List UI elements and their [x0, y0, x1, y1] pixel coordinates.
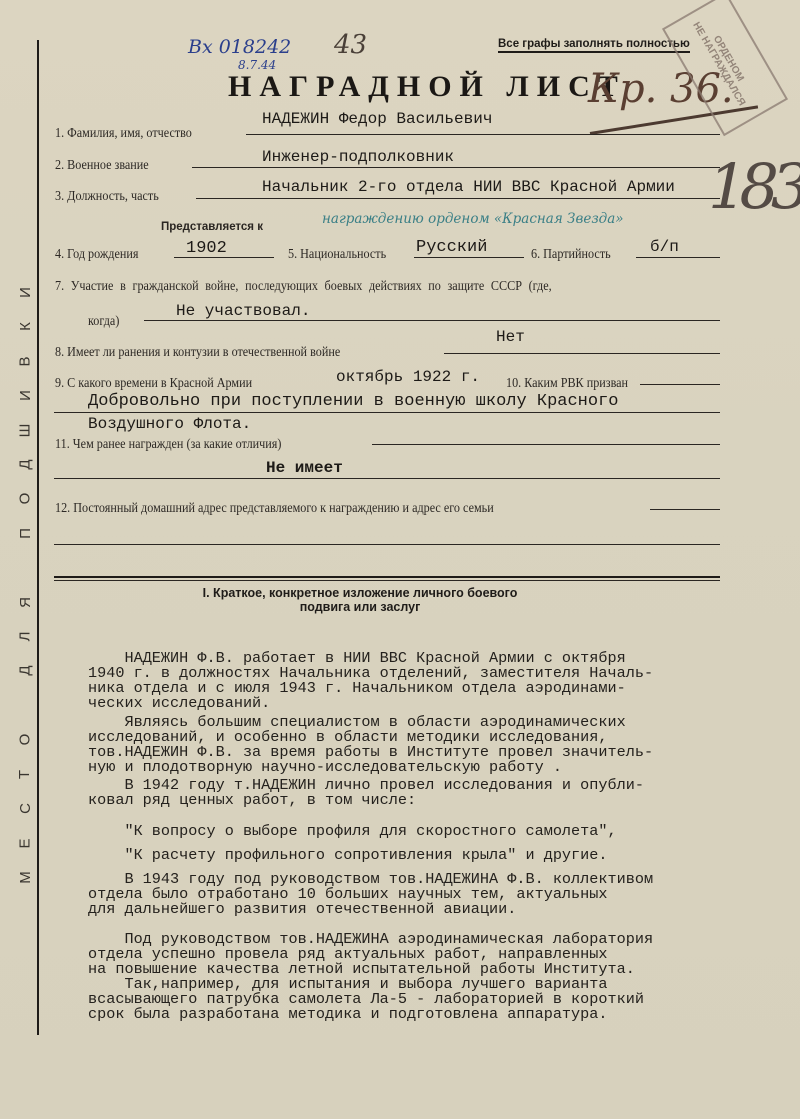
- field-6-line: [636, 257, 720, 258]
- section-divider-top: [54, 576, 720, 578]
- merit-paragraph-3: В 1942 году т.НАДЕЖИН лично провел иссле…: [88, 778, 644, 808]
- field-1-line: [246, 134, 720, 135]
- merit-paragraph-2: Являясь большим специалистом в области а…: [88, 715, 653, 775]
- field-7-line: [144, 320, 720, 321]
- field-10-line: [640, 384, 720, 385]
- merit-publication-1: "К вопросу о выборе профиля для скоростн…: [88, 824, 617, 839]
- section-divider-bottom: [54, 580, 720, 581]
- nominated-for-label: Представляется к: [161, 221, 263, 233]
- registry-number-handwritten: Вх 018242: [188, 36, 291, 58]
- field-12-line: [650, 509, 720, 510]
- field-7-label-continued: когда): [88, 313, 119, 329]
- field-7-value: Не участвовал.: [176, 302, 310, 320]
- big-number-handwritten: 183: [708, 150, 800, 223]
- merit-paragraph-4: В 1943 году под руководством тов.НАДЕЖИН…: [88, 872, 653, 917]
- signature-margin-label: МЕСТО ДЛЯ ПОДШИВКИ: [12, 285, 38, 885]
- field-10-label: 10. Каким РВК призван: [506, 375, 628, 391]
- field-2-label: 2. Военное звание: [55, 157, 149, 173]
- field-5-label: 5. Национальность: [288, 246, 386, 262]
- field-2-line: [192, 167, 720, 168]
- section-heading: I. Краткое, конкретное изложение личного…: [120, 586, 600, 614]
- merit-paragraph-1: НАДЕЖИН Ф.В. работает в НИИ ВВС Красной …: [88, 651, 653, 711]
- merit-publication-2: "К расчету профильного сопротивления кры…: [88, 848, 608, 863]
- field-3-line: [196, 198, 720, 199]
- field-1-label: 1. Фамилия, имя, отчество: [55, 125, 192, 141]
- field-11-line: [372, 444, 720, 445]
- field-11-label: 11. Чем ранее награжден (за какие отличи…: [55, 436, 281, 452]
- field-6-value: б/п: [650, 238, 679, 256]
- field-7-label: 7. Участие в гражданской войне, последую…: [55, 278, 552, 294]
- field-8-label: 8. Имеет ли ранения и контузии в отечест…: [55, 344, 340, 360]
- field-10-value: Добровольно при поступлении в военную шк…: [88, 392, 619, 411]
- merit-paragraph-5: Под руководством тов.НАДЕЖИНА аэродинами…: [88, 932, 653, 1022]
- page-number-handwritten: 43: [334, 30, 367, 60]
- field-12-label: 12. Постоянный домашний адрес представля…: [55, 500, 494, 516]
- field-1-value: НАДЕЖИН Федор Васильевич: [262, 110, 492, 128]
- field-5-line: [414, 257, 524, 258]
- field-4-label: 4. Год рождения: [55, 246, 138, 262]
- field-4-line: [174, 257, 274, 258]
- award-sheet-page: МЕСТО ДЛЯ ПОДШИВКИ Вх 018242 8.7.44 43 В…: [0, 0, 800, 1119]
- field-10-value-continued: Воздушного Флота.: [88, 415, 251, 433]
- field-11-line-2: [54, 478, 720, 479]
- field-3-label: 3. Должность, часть: [55, 188, 159, 204]
- instruction-text: Все графы заполнять полностью: [498, 38, 690, 53]
- field-8-line: [444, 353, 720, 354]
- field-11-value: Не имеет: [266, 459, 343, 477]
- field-3-value: Начальник 2-го отдела НИИ ВВС Красной Ар…: [262, 178, 675, 196]
- field-4-value: 1902: [186, 239, 227, 258]
- field-2-value: Инженер-подполковник: [262, 148, 454, 166]
- field-9-value: октябрь 1922 г.: [336, 368, 480, 386]
- field-9-label: 9. С какого времени в Красной Армии: [55, 375, 252, 391]
- field-12-line-2: [54, 544, 720, 545]
- field-8-value: Нет: [496, 328, 525, 346]
- field-6-label: 6. Партийность: [531, 246, 611, 262]
- field-5-value: Русский: [416, 238, 487, 257]
- field-10-line-2: [54, 412, 720, 413]
- award-nominated-handwritten: награждению орденом «Красная Звезда»: [322, 211, 624, 227]
- page-title: НАГРАДНОЙ ЛИСТ: [228, 70, 626, 104]
